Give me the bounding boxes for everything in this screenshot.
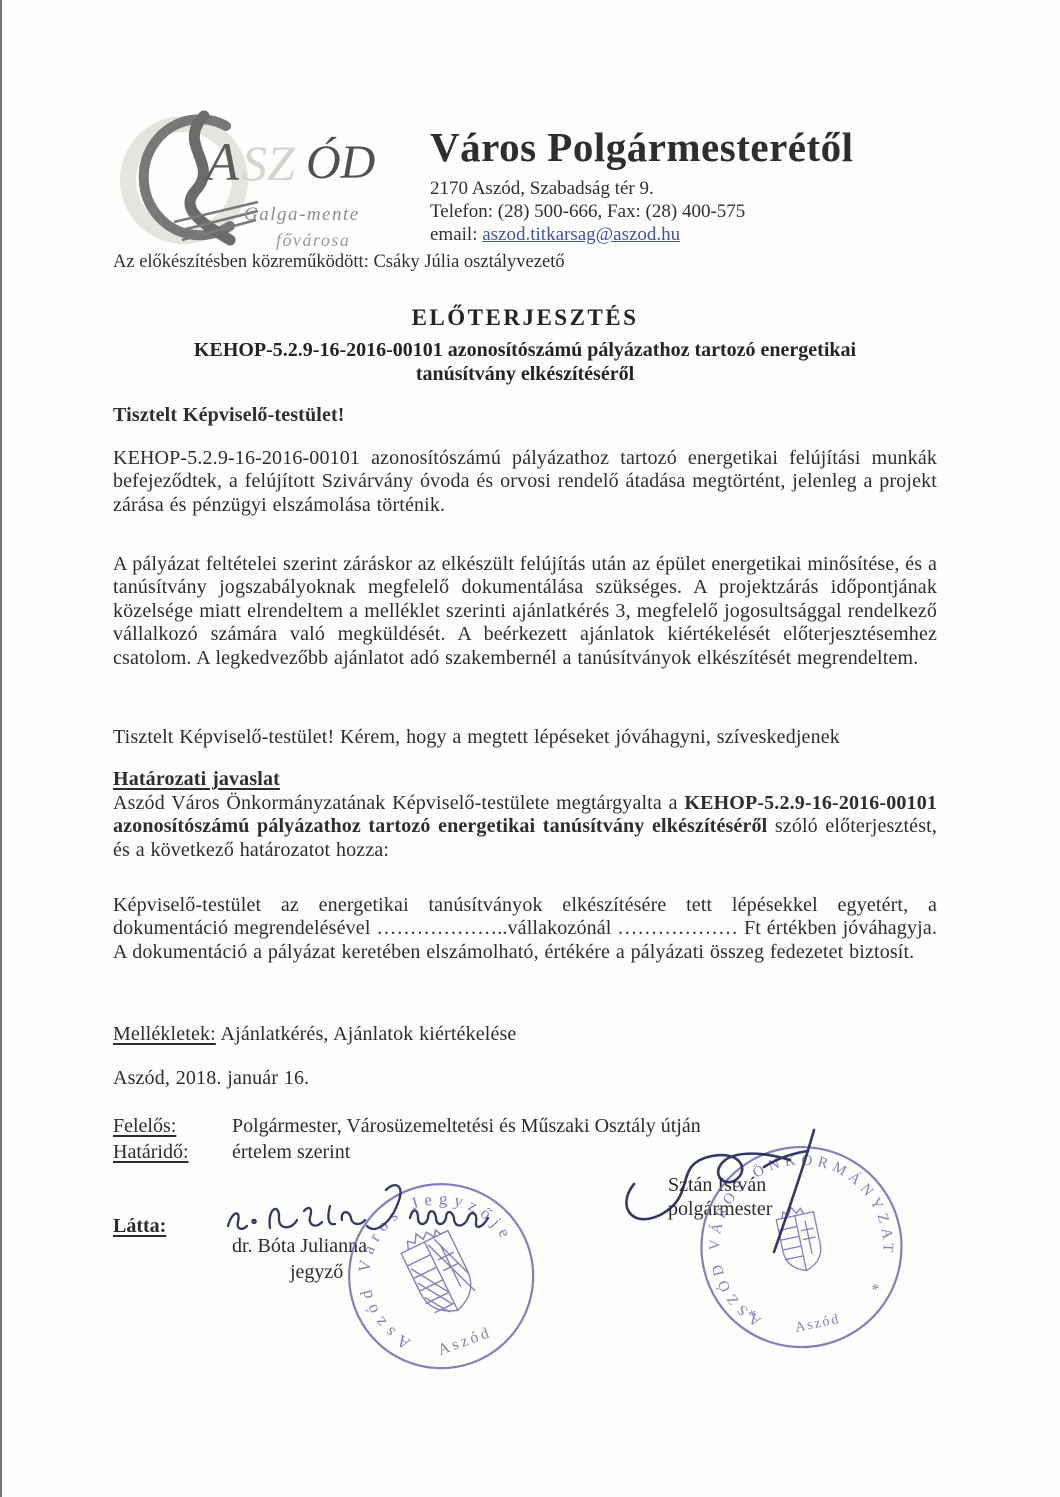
letterhead: Város Polgármesterétől 2170 Aszód, Szaba… xyxy=(430,124,970,246)
attachments-value: Ajánlatkérés, Ajánlatok kiértékelése xyxy=(216,1023,517,1045)
resolution-body-paragraph: Képviselő-testület az energetikai tanúsí… xyxy=(113,894,937,964)
letterhead-title: Város Polgármesterétől xyxy=(430,124,970,170)
paragraph-1: KEHOP-5.2.9-16-2016-00101 azonosítószámú… xyxy=(113,447,937,517)
letterhead-address: 2170 Aszód, Szabadság tér 9. xyxy=(430,177,970,200)
scanned-letter-page: A SZ ÓD Galga-mente fővárosa Város Polgá… xyxy=(0,0,1060,1497)
notary-signature-icon xyxy=(214,1178,546,1258)
deadline-label: Határidő: xyxy=(113,1139,232,1165)
attachments-label: Mellékletek: xyxy=(113,1023,216,1045)
date-line: Aszód, 2018. január 16. xyxy=(113,1067,937,1090)
document-type-heading: ELŐTERJESZTÉS xyxy=(113,305,937,331)
notary-stamp-bottom-text: Aszód xyxy=(436,1324,494,1359)
mayor-signature-icon xyxy=(616,1124,878,1264)
paragraph-3: Tisztelt Képviselő-testület! Kérem, hogy… xyxy=(113,726,937,749)
logo-tagline-1: Galga-mente xyxy=(244,204,360,225)
salutation: Tisztelt Képviselő-testület! xyxy=(113,404,937,427)
logo-letter-sz: SZ xyxy=(242,135,296,191)
letterhead-contact: 2170 Aszód, Szabadság tér 9. Telefon: (2… xyxy=(430,177,970,246)
mayor-handwritten-signature xyxy=(616,1124,878,1269)
subject-block: ELŐTERJESZTÉS KEHOP-5.2.9-16-2016-00101 … xyxy=(113,305,937,386)
email-label: email: xyxy=(430,224,482,245)
attachments-line: Mellékletek: Ajánlatkérés, Ajánlatok kié… xyxy=(113,1023,937,1046)
deadline-value: értelem szerint xyxy=(232,1139,350,1165)
logo-tagline-2: fővárosa xyxy=(276,230,350,250)
paragraph-2: A pályázat feltételei szerint záráskor a… xyxy=(113,553,937,670)
email-link[interactable]: aszod.titkarsag@aszod.hu xyxy=(482,224,680,245)
resolution-text-1: Aszód Város Önkormányzatának Képviselő-t… xyxy=(113,792,684,814)
resolution-paragraph: Aszód Város Önkormányzatának Képviselő-t… xyxy=(113,792,937,862)
letterhead-email-line: email: aszod.titkarsag@aszod.hu xyxy=(430,223,970,246)
subject-title: KEHOP-5.2.9-16-2016-00101 azonosítószámú… xyxy=(113,338,937,386)
aszod-logo-icon: A SZ ÓD Galga-mente fővárosa xyxy=(108,106,400,258)
municipality-stamp-bottom-text: Aszód xyxy=(794,1312,842,1336)
notary-handwritten-signature xyxy=(214,1178,546,1263)
logo-letter-a: A xyxy=(203,132,240,192)
resolution-heading: Határozati javaslat xyxy=(113,768,937,791)
aszod-city-logo: A SZ ÓD Galga-mente fővárosa xyxy=(108,106,400,258)
logo-letter-od: ÓD xyxy=(306,135,375,189)
scan-edge-artifact xyxy=(0,0,2,1497)
stamp-star-right: * xyxy=(870,1281,881,1299)
resolution-heading-text: Határozati javaslat xyxy=(113,768,280,790)
letterhead-phone-fax: Telefon: (28) 500-666, Fax: (28) 400-575 xyxy=(430,200,970,223)
responsible-label: Felelős: xyxy=(113,1113,232,1139)
seen-label: Látta: xyxy=(113,1215,166,1238)
preparer-line: Az előkészítésben közreműködött: Csáky J… xyxy=(113,252,565,273)
